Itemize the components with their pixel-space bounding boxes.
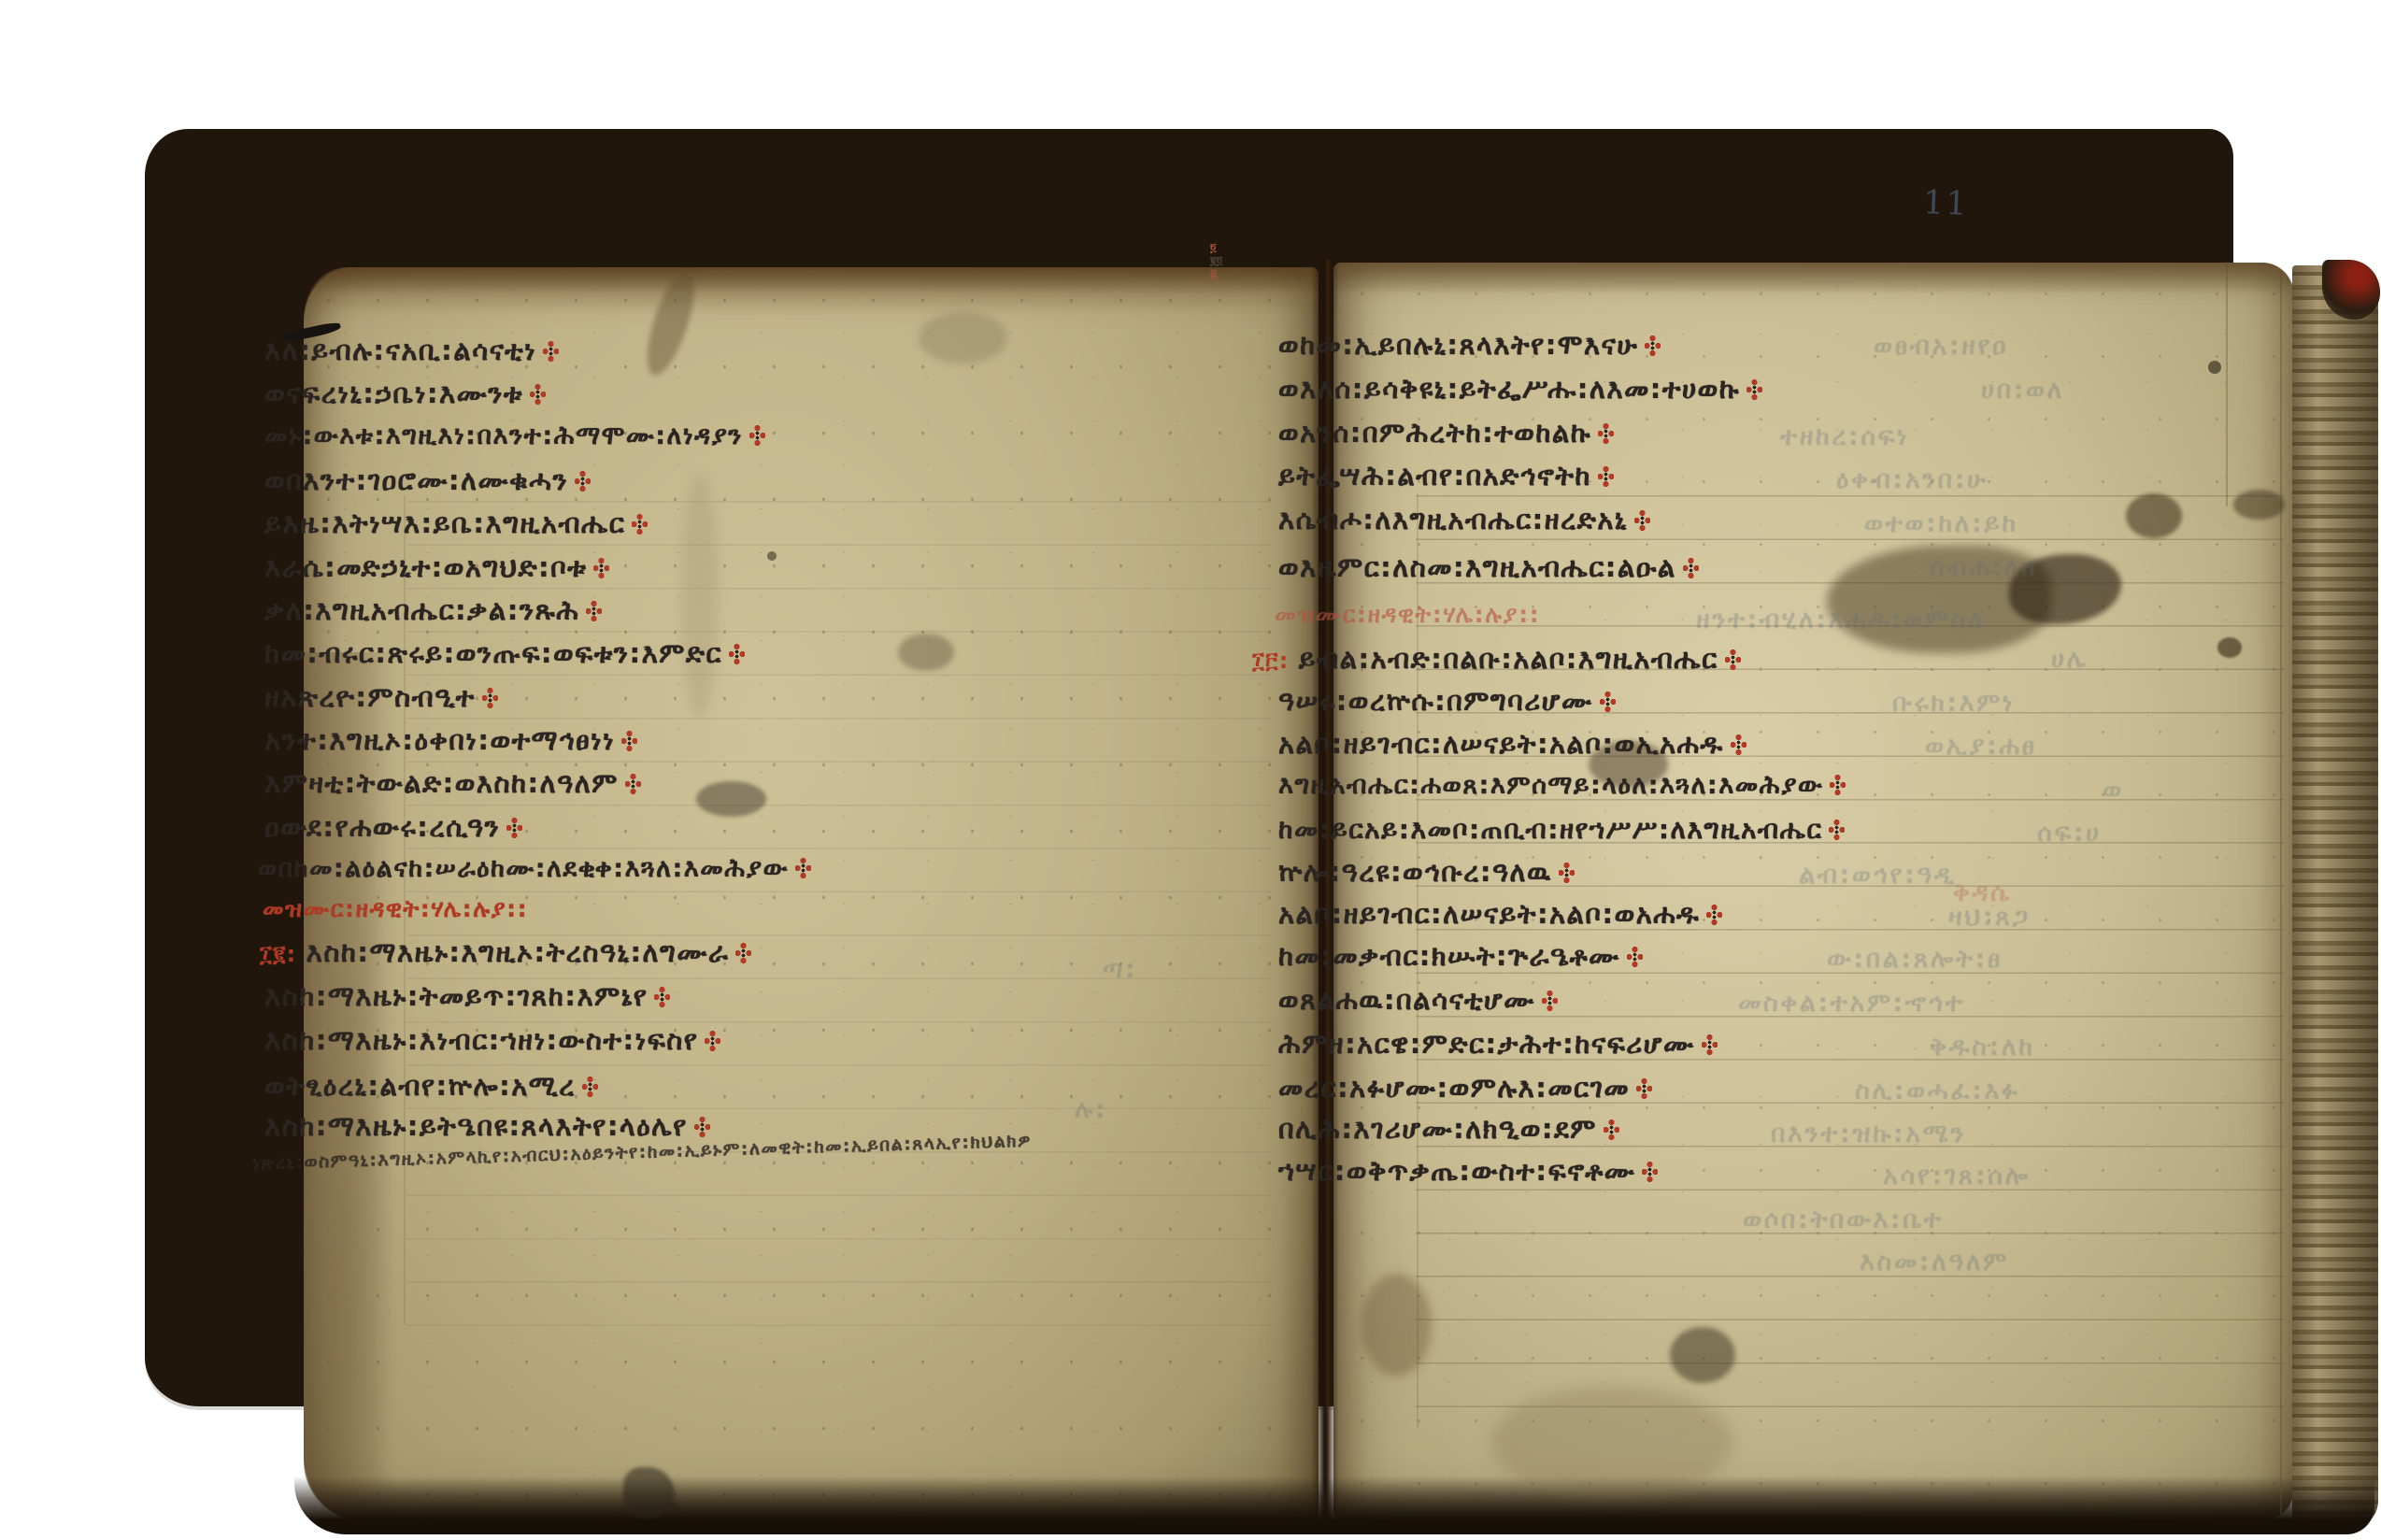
ink-text: እስከ:ማእዜኑ:እግዚኦ:ትረስዓኒ:ለግሙራ bbox=[307, 936, 730, 968]
ink-text: በሊሕ:እገሪሆሙ:ለክዒወ:ደም bbox=[1278, 1113, 1597, 1145]
right-page-line: ፲፫:ይብል:አብድ:በልቡ:አልቦ:እግዚአብሔር bbox=[1252, 643, 1741, 676]
rubric-text: መዝሙር:ዘዳዊት:ሃሌ:ሉያ:: bbox=[263, 895, 528, 922]
right-page-line: እሴብሖ:ለእግዚአብሔር:ዘረድአኒ bbox=[1278, 504, 1650, 536]
verse-end-mark bbox=[506, 817, 522, 839]
bleedthrough-text: ወፀብአ:ዘየዐ bbox=[1874, 332, 2140, 362]
ink-text: እሴብሖ:ለእግዚአብሔር:ዘረድአኒ bbox=[1278, 504, 1628, 535]
ink-text: ሕምዘ:አርዌ:ምድር:ታሕተ:ከናፍሪሆሙ bbox=[1278, 1028, 1695, 1060]
ink-text: አንተ:እግዚኦ:ዕቀበነ:ወተማኅፀነነ bbox=[264, 724, 615, 756]
left-page-line: መዝሙር:ዘዳዊት:ሃሌ:ሉያ:: bbox=[263, 895, 528, 923]
ink-text: ወከመ:ኢይበሉኒ:ጸላእትየ:ሞእናሁ bbox=[1278, 329, 1638, 361]
ink-text: ወትፂዕረኒ:ልብየ:ኵሎ:አሚረ bbox=[264, 1070, 576, 1102]
verse-end-mark bbox=[795, 857, 811, 879]
bleedthrough-text: አሳየ:ገጸ:ሰሎ bbox=[1883, 1162, 2140, 1191]
ink-text: ወበእንተ:ገዐሮሙ:ለሙቁሓን bbox=[264, 464, 568, 496]
ink-text: እስከ:ማእዜኑ:ይትዔበዩ:ጸላእትየ:ላዕሌየ bbox=[264, 1110, 688, 1142]
ink-text: መኑ:ውእቱ:እግዚእነ:በእንተ:ሕማሞሙ:ለነዳያን bbox=[264, 421, 743, 450]
ink-text: አልቦ:ዘይገብር:ለሠናይት:አልቦ:ወአሐዱ bbox=[1278, 898, 1700, 930]
bleedthrough-text: ዕቀብ:አንበ:ሁ bbox=[1836, 465, 2135, 495]
verse-end-mark bbox=[593, 557, 609, 579]
verse-end-mark bbox=[749, 424, 765, 447]
verse-end-mark bbox=[1830, 774, 1846, 796]
verse-end-mark bbox=[582, 1076, 598, 1098]
right-page-line: ከመ:ይርአይ:እመቦ:ጠቢብ:ዘየኀሥሥ:ለእግዚአብሔር bbox=[1278, 814, 1845, 846]
verse-end-mark bbox=[1731, 734, 1747, 756]
verse-end-mark bbox=[1604, 1119, 1619, 1141]
ink-text: ኀሣር:ወቅጥቃጤ:ውስተ:ፍኖቶሙ bbox=[1278, 1155, 1635, 1187]
left-page-line: ዐውደ:የሐውሩ:ረሲዓን bbox=[264, 811, 522, 844]
ink-text: እለ:ይብሉ:ናአቢ:ልሳናቲነ bbox=[264, 335, 536, 366]
verse-end-mark bbox=[1829, 819, 1845, 841]
bleedthrough-text: ስሊ:ወሓፈ:እፉ bbox=[1855, 1077, 2140, 1106]
right-page-line: መረር:አፉሆሙ:ወምሉእ:መርገመ bbox=[1278, 1072, 1652, 1105]
ink-text: አልቦ:ዘይገብር:ለሠናይት:አልቦ:ወኢአሐዱ bbox=[1278, 728, 1724, 760]
right-page-line: አልቦ:ዘይገብር:ለሠናይት:አልቦ:ወአሐዱ bbox=[1278, 898, 1722, 931]
ink-text: ከመ:ብሩር:ጽሩይ:ወንጡፍ:ወፍቱን:እምድር bbox=[264, 637, 722, 669]
verse-end-mark bbox=[625, 773, 641, 795]
verse-end-mark bbox=[694, 1116, 710, 1138]
right-page-line: ከመ:መቃብር:ክሡት:ጕራዔቶሙ bbox=[1278, 940, 1643, 973]
verse-end-mark bbox=[586, 600, 602, 622]
ink-text: ዓሠሩ:ወረኵሱ:በምግባሪሆሙ bbox=[1278, 685, 1593, 717]
left-page-line: እለ:ይብሉ:ናአቢ:ልሳናቲነ bbox=[264, 335, 559, 367]
left-page-line: መኑ:ውእቱ:እግዚእነ:በእንተ:ሕማሞሙ:ለነዳያን bbox=[264, 421, 765, 451]
bleedthrough-text: ወ bbox=[2103, 776, 2140, 806]
verse-end-mark bbox=[735, 942, 751, 964]
rubric-text: ፲፫: bbox=[1252, 648, 1290, 674]
ink-text: ይብል:አብድ:በልቡ:አልቦ:እግዚአብሔር bbox=[1299, 643, 1718, 675]
bleedthrough-text: ጣ: bbox=[1103, 955, 1177, 985]
verse-end-mark bbox=[1598, 422, 1614, 445]
ink-text: ወእዜምር:ለስመ:እግዚአብሔር:ልዑል bbox=[1278, 551, 1676, 583]
verse-end-mark bbox=[1542, 990, 1558, 1012]
right-page-line: መዝሙር:ዘዳዊት:ሃሌ:ሉያ:: bbox=[1275, 601, 1540, 629]
verse-end-mark bbox=[530, 383, 546, 406]
left-page-line: ፲፪:እስከ:ማእዜኑ:እግዚኦ:ትረስዓኒ:ለግሙራ bbox=[260, 936, 751, 969]
ink-text: ወእለሰ:ይሳቅዩኒ:ይትፌሥሑ:ለእመ:ተሀወኩ bbox=[1278, 373, 1740, 405]
verse-end-mark bbox=[1634, 509, 1650, 532]
verse-end-mark bbox=[543, 340, 559, 363]
verse-end-mark bbox=[1645, 335, 1661, 357]
verse-end-mark bbox=[1636, 1077, 1652, 1100]
left-page-line: እስከ:ማእዜኑ:እነብር:ኀዘነ:ውስተ:ነፍስየ bbox=[264, 1024, 720, 1057]
ink-text: ኵሎ:ዓረዩ:ወኅቡረ:ዓለዉ bbox=[1278, 856, 1552, 888]
right-page-line: ወእዜምር:ለስመ:እግዚአብሔር:ልዑል bbox=[1278, 551, 1699, 584]
bleedthrough-text: ው:በል:ጸሎት:ፀ bbox=[1827, 945, 2140, 975]
left-page-line: ዘአጽረዮ:ምስብዒተ bbox=[264, 681, 498, 714]
bleedthrough-text: ዘንተ:ብሂለ:አሐዱ:ወምስለ bbox=[1696, 606, 2135, 635]
bleedthrough-text: ተዘከረ:ሰፍነ bbox=[1780, 422, 2023, 452]
bleedthrough-text: ዛህ:ጸጋ bbox=[1948, 903, 2140, 933]
ink-text: ይትፌሣሕ:ልብየ:በአድኅኖትከ bbox=[1278, 460, 1591, 492]
ink-text: ወአንሰ:በምሕረትከ:ተወከልኩ bbox=[1278, 417, 1591, 449]
right-page-line: በሊሕ:እገሪሆሙ:ለክዒወ:ደም bbox=[1278, 1113, 1619, 1146]
right-page-line: ኵሎ:ዓረዩ:ወኅቡረ:ዓለዉ bbox=[1278, 856, 1575, 889]
right-page-line: ወአንሰ:በምሕረትከ:ተወከልኩ bbox=[1278, 417, 1614, 449]
right-page-line: አልቦ:ዘይገብር:ለሠናይት:አልቦ:ወኢአሐዱ bbox=[1278, 728, 1747, 761]
bleedthrough-text: እስመ:ለዓለም bbox=[1860, 1248, 2140, 1277]
verse-end-mark bbox=[705, 1030, 720, 1052]
verse-end-mark bbox=[654, 986, 670, 1008]
ink-text: ዘአጽረዮ:ምስብዒተ bbox=[264, 681, 476, 713]
verse-end-mark bbox=[1600, 691, 1616, 713]
bleedthrough-text: ቡሩክ:እምነ bbox=[1892, 689, 2140, 719]
left-page-line: እስከ:ማእዜኑ:ይትዔበዩ:ጸላእትየ:ላዕሌየ bbox=[264, 1110, 710, 1143]
left-page-line: እስከ:ማእዜኑ:ትመይጥ:ገጸከ:እምኔየ bbox=[264, 980, 670, 1013]
ink-text: እስከ:ማእዜኑ:ትመይጥ:ገጸከ:እምኔየ bbox=[264, 980, 648, 1012]
ink-text: ወበከመ:ልዕልናከ:ሠራዕከሙ:ለደቂቀ:እጓለ:እመሕያው bbox=[258, 854, 789, 883]
verse-end-mark bbox=[575, 470, 591, 492]
verse-end-mark bbox=[621, 730, 637, 752]
bleedthrough-text: ወተወ:ከለ:ይከ bbox=[1864, 509, 2135, 539]
ink-text: እስከ:ማእዜኑ:እነብር:ኀዘነ:ውስተ:ነፍስየ bbox=[264, 1024, 698, 1056]
left-page-line: ወበእንተ:ገዐሮሙ:ለሙቁሓን bbox=[264, 464, 591, 497]
left-page-line: እራሴ:መድኃኒተ:ወአግህድ:ቦቱ bbox=[264, 551, 609, 584]
verse-end-mark bbox=[1683, 557, 1699, 579]
right-page-line: ዓሠሩ:ወረኵሱ:በምግባሪሆሙ bbox=[1278, 685, 1616, 718]
ink-text: ዐውደ:የሐውሩ:ረሲዓን bbox=[264, 811, 500, 843]
left-page-line: ቃለ:እግዚአብሔር:ቃል:ንጹሕ bbox=[264, 594, 602, 627]
manuscript-photo: 11 ፬፪፬፭ እለ:ይብሉ:ናአቢ:ልሳናቲነወናፍረነኒ:ኃቤነ:እሙንቱመ… bbox=[0, 0, 2381, 1540]
verse-end-mark bbox=[1706, 904, 1722, 926]
bleedthrough-text: በእንተ:ዝኩ:አሜን bbox=[1771, 1119, 2140, 1149]
bleedthrough-text: ሀበ:ወለ bbox=[1981, 376, 2140, 406]
ink-text: ከመ:ይርአይ:እመቦ:ጠቢብ:ዘየኀሥሥ:ለእግዚአብሔር bbox=[1278, 814, 1822, 845]
verse-end-mark bbox=[1725, 649, 1741, 671]
bleedthrough-text: ወሶበ:ትበውእ:ቤተ bbox=[1743, 1205, 2140, 1235]
left-page-line: ይእዜ:እትነሣእ:ይቤ:እግዚአብሔር bbox=[264, 507, 648, 540]
ink-text: እራሴ:መድኃኒተ:ወአግህድ:ቦቱ bbox=[264, 551, 587, 583]
left-page-line: ወበከመ:ልዕልናከ:ሠራዕከሙ:ለደቂቀ:እጓለ:እመሕያው bbox=[258, 854, 811, 884]
right-page-line: ሕምዘ:አርዌ:ምድር:ታሕተ:ከናፍሪሆሙ bbox=[1278, 1028, 1718, 1061]
verse-end-mark bbox=[729, 643, 745, 665]
ink-text: እግዚአብሔር:ሐወጸ:እምሰማይ:ላዕለ:እጓለ:እመሕያው bbox=[1278, 771, 1823, 800]
verse-end-mark bbox=[1747, 378, 1762, 401]
left-page-line: እምዛቲ:ትውልድ:ወእስከ:ለዓለም bbox=[264, 767, 641, 800]
rubric-text: ፲፪: bbox=[260, 941, 297, 967]
bleedthrough-text: ወኢያ:ሐፀ bbox=[1925, 732, 2140, 762]
right-page-line: ወጸልሐዉ:በልሳናቲሆሙ bbox=[1278, 984, 1558, 1017]
ink-text: እምዛቲ:ትውልድ:ወእስከ:ለዓለም bbox=[264, 767, 619, 799]
right-page-line: እግዚአብሔር:ሐወጸ:እምሰማይ:ላዕለ:እጓለ:እመሕያው bbox=[1278, 771, 1846, 801]
right-page-line: ኀሣር:ወቅጥቃጤ:ውስተ:ፍኖቶሙ bbox=[1278, 1155, 1658, 1188]
bleedthrough-text: ቅዱስ:ለከ bbox=[1930, 1033, 2140, 1062]
ink-text: ወጸልሐዉ:በልሳናቲሆሙ bbox=[1278, 984, 1535, 1016]
left-page-line: ከመ:ብሩር:ጽሩይ:ወንጡፍ:ወፍቱን:እምድር bbox=[264, 637, 745, 670]
right-page-line: ይትፌሣሕ:ልብየ:በአድኅኖትከ bbox=[1278, 460, 1614, 492]
verse-end-mark bbox=[482, 687, 498, 709]
verse-end-mark bbox=[1702, 1034, 1718, 1056]
bleedthrough-text: ሰፍ:ሀ bbox=[2037, 819, 2140, 848]
verse-end-mark bbox=[1642, 1161, 1658, 1183]
bleedthrough-text: ሉ: bbox=[1075, 1095, 1149, 1125]
verse-end-mark bbox=[1627, 946, 1643, 968]
verse-end-mark bbox=[1598, 465, 1614, 488]
ink-text: ይእዜ:እትነሣእ:ይቤ:እግዚአብሔር bbox=[264, 507, 625, 539]
bleedthrough-text: መስቀል:ተአም:ኆኅተ bbox=[1738, 989, 2140, 1019]
rubric-text: መዝሙር:ዘዳዊት:ሃሌ:ሉያ:: bbox=[1275, 601, 1540, 628]
ink-text: መረር:አፉሆሙ:ወምሉእ:መርገመ bbox=[1278, 1072, 1630, 1104]
manuscript-text-layer: እለ:ይብሉ:ናአቢ:ልሳናቲነወናፍረነኒ:ኃቤነ:እሙንቱመኑ:ውእቱ:እግ… bbox=[0, 0, 2381, 1540]
bleedthrough-text: ሀሌ bbox=[2051, 645, 2140, 675]
bleedthrough-text: ሰብሐ:ለዘ bbox=[1930, 553, 2140, 583]
left-page-line: ወናፍረነኒ:ኃቤነ:እሙንቱ bbox=[264, 378, 546, 410]
ink-text: ቃለ:እግዚአብሔር:ቃል:ንጹሕ bbox=[264, 594, 579, 626]
ink-text: ወናፍረነኒ:ኃቤነ:እሙንቱ bbox=[264, 378, 523, 409]
verse-end-mark bbox=[632, 513, 648, 535]
right-page-line: ወእለሰ:ይሳቅዩኒ:ይትፌሥሑ:ለእመ:ተሀወኩ bbox=[1278, 373, 1762, 406]
ink-text: ከመ:መቃብር:ክሡት:ጕራዔቶሙ bbox=[1278, 940, 1620, 972]
left-page-line: ወትፂዕረኒ:ልብየ:ኵሎ:አሚረ bbox=[264, 1070, 598, 1103]
left-page-line: አንተ:እግዚኦ:ዕቀበነ:ወተማኅፀነነ bbox=[264, 724, 637, 757]
right-page-line: ወከመ:ኢይበሉኒ:ጸላእትየ:ሞእናሁ bbox=[1278, 329, 1661, 362]
verse-end-mark bbox=[1559, 862, 1575, 884]
